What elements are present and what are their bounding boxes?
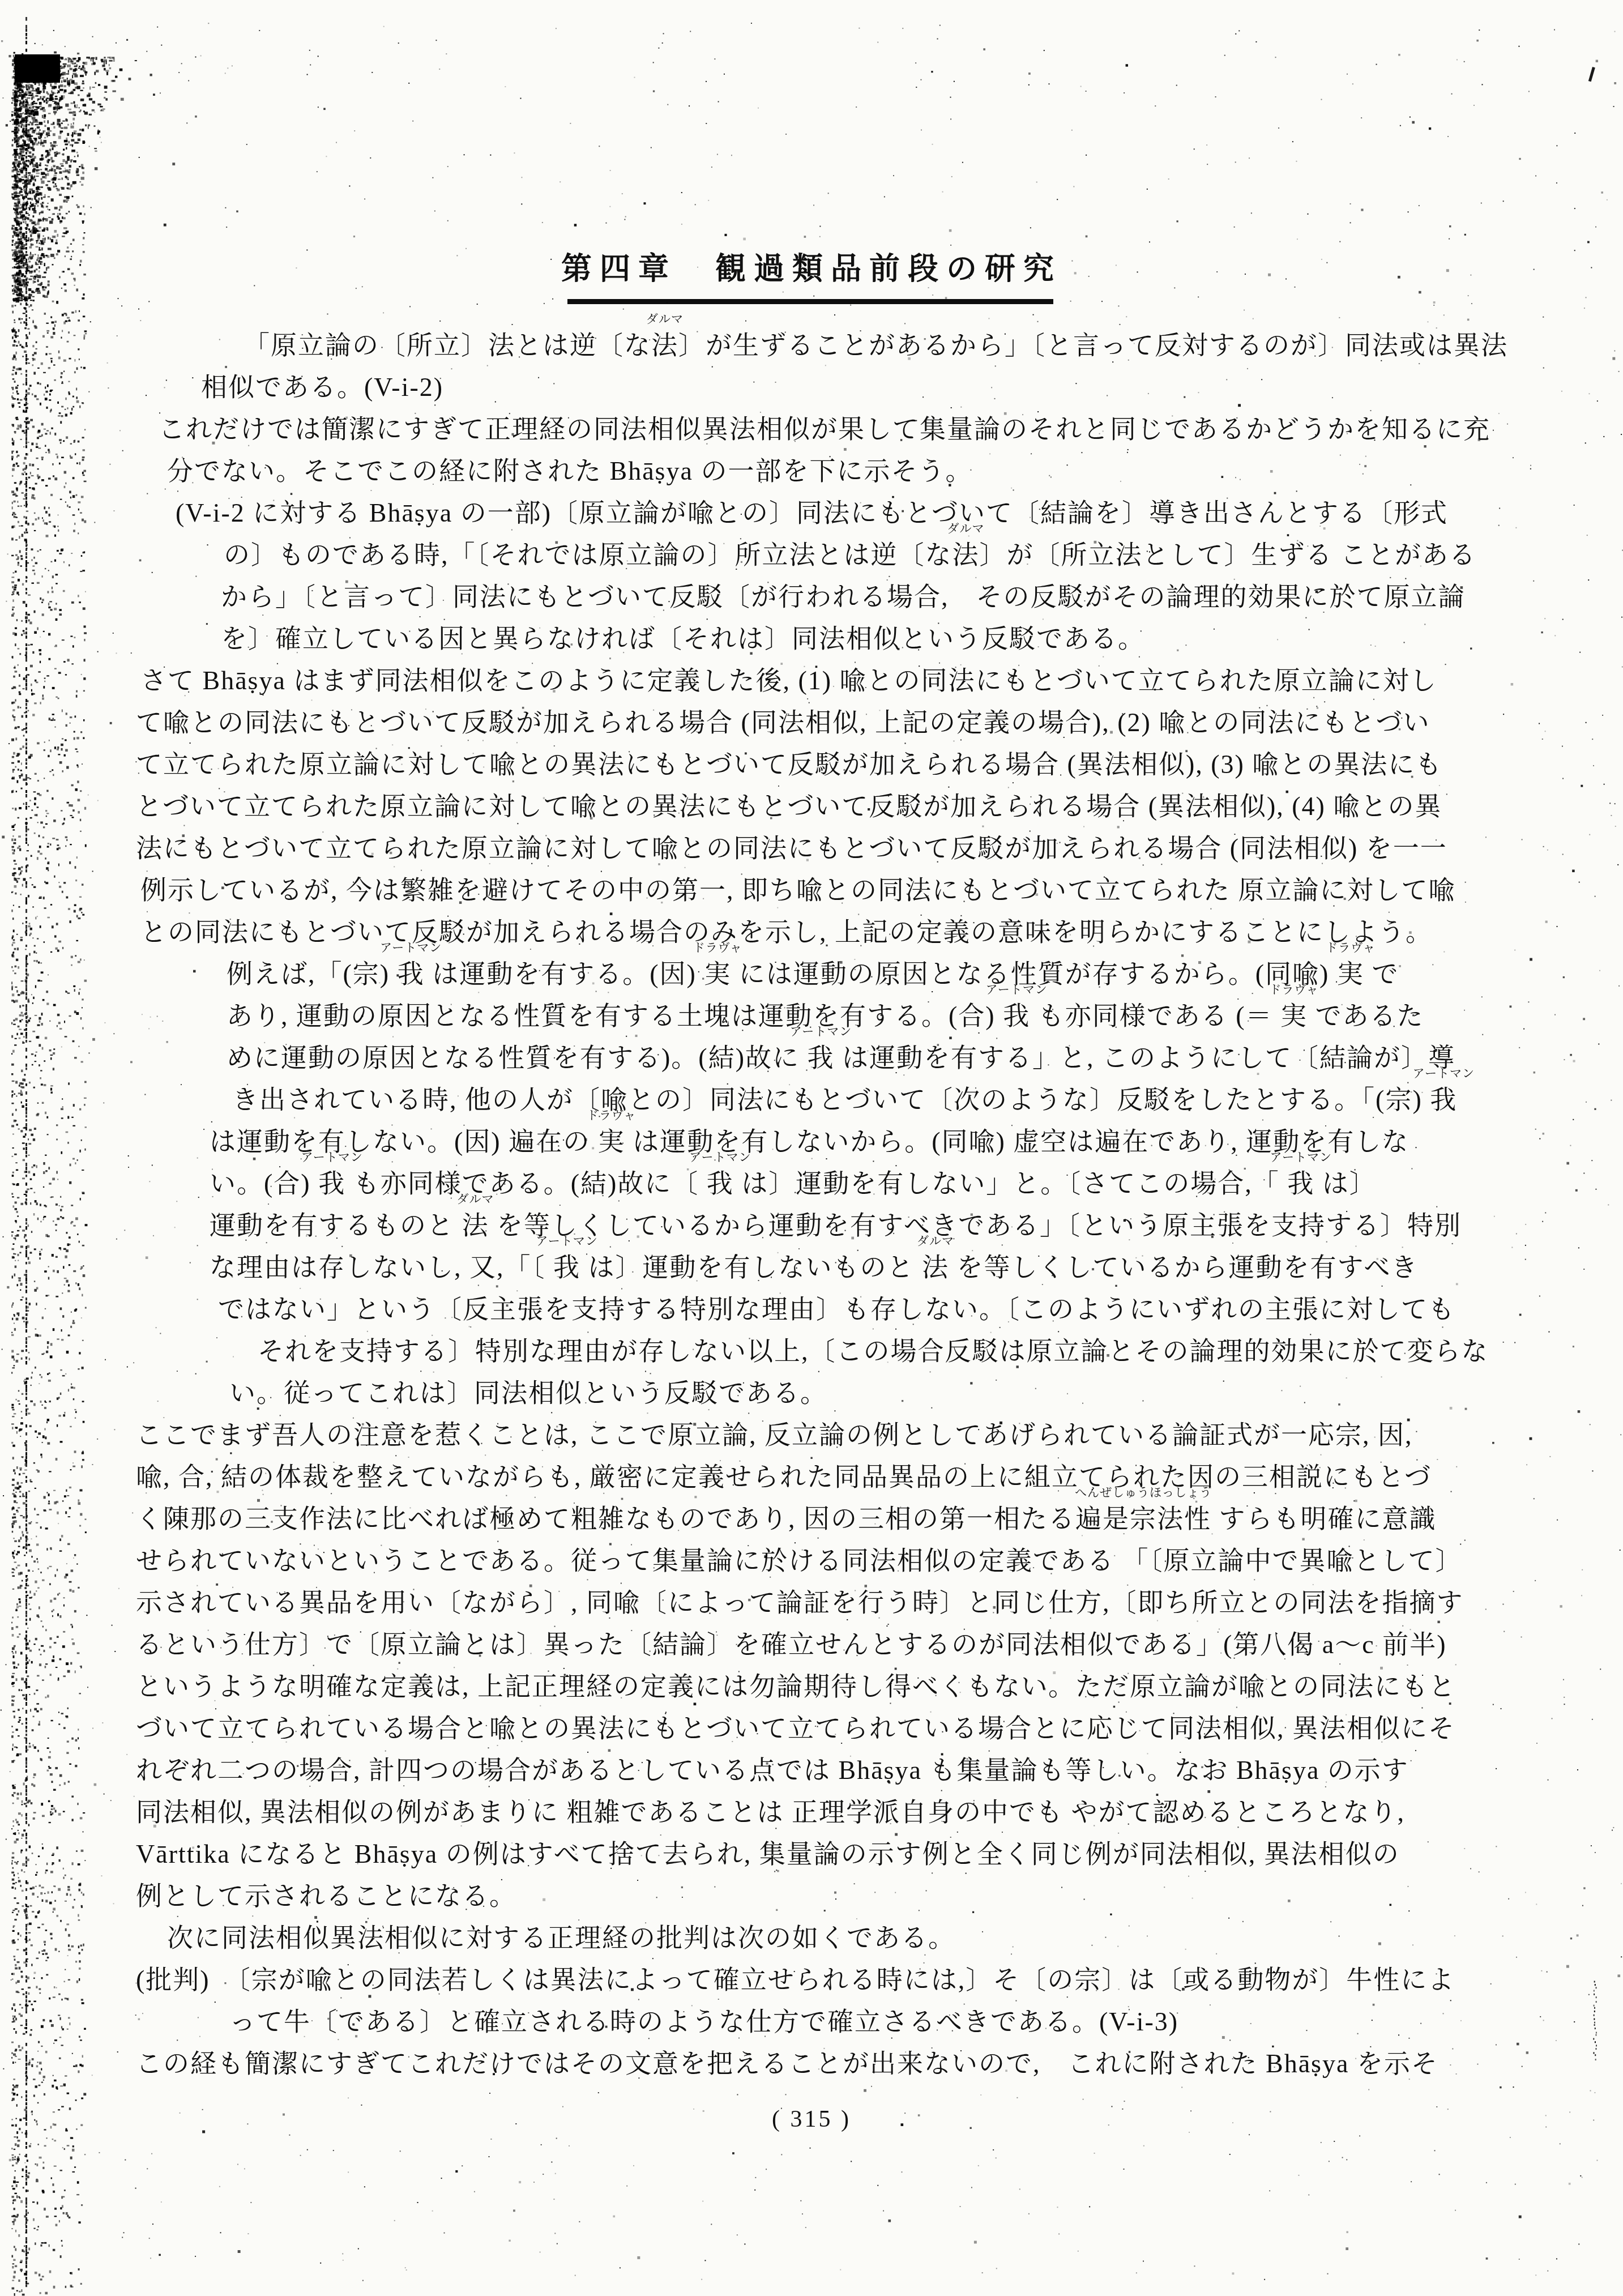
furigana-reading: ダルマ bbox=[917, 1235, 954, 1247]
text-line-5: (V-i-2 に対する Bhāṣya の一部)〔原立論が喩との〕同法にもとづいて… bbox=[136, 492, 1540, 534]
text-line-12: とづいて立てられた原立論に対して喩との異法にもとづいて反駁が加えられる場合 (異… bbox=[136, 786, 1540, 827]
text-line-29: く陳那の三支作法に比べれば極めて粗雑なものであり, 因の三相の第一相たる遍是宗法… bbox=[136, 1498, 1540, 1540]
text-line-3: これだけでは簡潔にすぎて正理経の同法相似異法相似が果して集量論のそれと同じである… bbox=[136, 408, 1540, 450]
text-line-32: るという仕方〕で〔原立論とは〕異った〔結論〕を確立せんとするのが同法相似である」… bbox=[136, 1624, 1540, 1666]
text-line-7: から」〔と言って〕同法にもとづいて反駁〔が行われる場合, その反駁がその論理的効… bbox=[136, 576, 1540, 618]
furigana-term: 法ダルマ bbox=[953, 534, 980, 576]
furigana-reading: アートマン bbox=[301, 1151, 362, 1163]
text-line-27: ここでまず吾人の注意を惹くことは, ここで原立論, 反立論の例としてあげられてい… bbox=[136, 1414, 1540, 1456]
text-line-28: 喩, 合, 結の体裁を整えていながらも, 厳密に定義せられた同品異品の上に組立て… bbox=[136, 1456, 1540, 1498]
title-underline bbox=[567, 299, 1053, 304]
furigana-reading: ダルマ bbox=[646, 313, 684, 325]
furigana-reading: ドラヴャ bbox=[1326, 942, 1375, 954]
text-line-24: ではない」という〔反主張を支持する特別な理由〕も存しない。〔このようにいずれの主… bbox=[136, 1288, 1540, 1330]
furigana-term: 我アートマン bbox=[1430, 1079, 1457, 1121]
furigana-term: 実ドラヴャ bbox=[1337, 953, 1364, 995]
text-line-9: さて Bhāṣya はまず同法相似をこのように定義した後, (1) 喩との同法に… bbox=[136, 660, 1540, 702]
text-line-42: この経も簡潔にすぎてこれだけではその文意を把えることが出来ないので, これに附さ… bbox=[136, 2043, 1540, 2085]
text-line-22: 運動を有するものと 法ダルマ を等しくしているから運動を有すべきである」〔という… bbox=[136, 1205, 1540, 1247]
text-line-35: れぞれ二つの場合, 計四つの場合があるとしている点では Bhāṣya も集量論も… bbox=[136, 1749, 1540, 1791]
text-line-25: それを支持する〕特別な理由が存しない以上,〔この場合反駁は原立論とその論理的効果… bbox=[136, 1330, 1540, 1372]
furigana-term: 我アートマン bbox=[1287, 1163, 1314, 1205]
furigana-term: 我アートマン bbox=[318, 1163, 345, 1205]
furigana-reading: ドラヴャ bbox=[693, 942, 742, 954]
furigana-term: 実ドラヴャ bbox=[704, 953, 731, 995]
furigana-term: 我アートマン bbox=[807, 1037, 834, 1079]
furigana-reading: アートマン bbox=[380, 942, 442, 954]
text-line-30: せられていないということである。従って集量論に於ける同法相似の定義である 「〔原… bbox=[136, 1540, 1540, 1582]
text-line-6: の〕ものである時,「〔それでは原立論の〕所立法とは逆〔な法ダルマ〕が〔所立法とし… bbox=[136, 534, 1540, 576]
scanned-page: 第四章 観過類品前段の研究 「原立論の〔所立〕法とは逆〔な法ダルマ〕が生ずること… bbox=[0, 0, 1623, 2296]
text-line-41: って牛〔である〕と確立される時のような仕方で確立さるべきである。(V-i-3) bbox=[136, 2001, 1540, 2043]
furigana-term: 実ドラヴャ bbox=[1280, 995, 1308, 1037]
furigana-reading: アートマン bbox=[1413, 1068, 1475, 1079]
furigana-reading: アートマン bbox=[689, 1151, 751, 1163]
text-line-8: を〕確立している因と異らなければ〔それは〕同法相似という反駁である。 bbox=[136, 618, 1540, 660]
furigana-reading: へんぜしゅうほっしょう bbox=[1075, 1487, 1212, 1499]
text-line-10: て喩との同法にもとづいて反駁が加えられる場合 (同法相似, 上記の定義の場合),… bbox=[136, 702, 1540, 744]
text-line-2: 相似である。(V-i-2) bbox=[136, 366, 1540, 408]
text-line-21: い。(合) 我アートマン も亦同様である。(結)故に〔 我アートマン は〕運動を… bbox=[136, 1163, 1540, 1205]
furigana-reading: アートマン bbox=[790, 1026, 852, 1038]
furigana-term: 我アートマン bbox=[707, 1163, 734, 1205]
furigana-reading: アートマン bbox=[536, 1235, 597, 1247]
furigana-term: 法ダルマ bbox=[651, 325, 678, 366]
text-line-23: な理由は存しないし, 又,「〔 我アートマン は〕運動を有しないものと 法ダルマ… bbox=[136, 1247, 1540, 1288]
furigana-reading: アートマン bbox=[1270, 1151, 1332, 1163]
text-block: 「原立論の〔所立〕法とは逆〔な法ダルマ〕が生ずることがあるから」〔と言って反対す… bbox=[136, 325, 1540, 2085]
furigana-reading: ドラヴャ bbox=[587, 1109, 636, 1121]
furigana-reading: ダルマ bbox=[457, 1193, 494, 1205]
furigana-term: 法ダルマ bbox=[462, 1205, 489, 1247]
text-line-40: (批判) 〔宗が喩との同法若しくは異法によって確立せられる時には,〕そ〔の宗〕は… bbox=[136, 1959, 1540, 2001]
furigana-reading: ダルマ bbox=[947, 523, 985, 535]
text-line-36: 同法相似, 異法相似の例があまりに 粗雑であることは 正理学派自身の中でも やが… bbox=[136, 1791, 1540, 1833]
page-number: ( 315 ) bbox=[0, 2106, 1623, 2133]
furigana-reading: アートマン bbox=[985, 984, 1047, 996]
text-line-39: 次に同法相似異法相似に対する正理経の批判は次の如くである。 bbox=[136, 1917, 1540, 1959]
text-line-38: 例として示されることになる。 bbox=[136, 1875, 1540, 1917]
furigana-term: 法ダルマ bbox=[922, 1247, 949, 1288]
text-line-11: て立てられた原立論に対して喩との異法にもとづいて反駁が加えられる場合 (異法相似… bbox=[136, 744, 1540, 786]
text-line-37: Vārttika になると Bhāṣya の例はすべて捨て去られ, 集量論の示す… bbox=[136, 1833, 1540, 1875]
text-line-16: 例えば,「(宗) 我アートマン は運動を有する。(因) 実ドラヴャ には運動の原… bbox=[136, 953, 1540, 995]
text-line-14: 例示しているが, 今は繁雑を避けてその中の第一, 即ち喩との同法にもとづいて立て… bbox=[136, 869, 1540, 911]
text-line-31: 示されている異品を用い〔ながら〕, 同喩〔によって論証を行う時〕と同じ仕方,〔即… bbox=[136, 1582, 1540, 1624]
text-line-13: 法にもとづいて立てられた原立論に対して喩との同法にもとづいて反駁が加えられる場合… bbox=[136, 827, 1540, 869]
furigana-term: 遍是宗法性へんぜしゅうほっしょう bbox=[1075, 1498, 1211, 1540]
chapter-title: 第四章 観過類品前段の研究 bbox=[0, 245, 1623, 288]
furigana-term: 我アートマン bbox=[553, 1247, 580, 1288]
furigana-term: 我アートマン bbox=[398, 953, 425, 995]
text-line-26: い。従ってこれは〕同法相似という反駁である。 bbox=[136, 1372, 1540, 1414]
text-line-34: づいて立てられている場合と喩との異法にもとづいて立てられている場合とに応じて同法… bbox=[136, 1708, 1540, 1749]
furigana-term: 実ドラヴャ bbox=[598, 1121, 625, 1163]
text-line-33: というような明確な定義は, 上記正理経の定義には勿論期待し得べくもない。ただ原立… bbox=[136, 1666, 1540, 1708]
furigana-reading: ドラヴャ bbox=[1269, 984, 1318, 996]
text-line-4: 分でない。そこでこの経に附された Bhāṣya の一部を下に示そう。 bbox=[136, 450, 1540, 492]
text-line-18: めに運動の原因となる性質を有する)。(結)故に 我アートマン は運動を有する」と… bbox=[136, 1037, 1540, 1079]
text-line-1: 「原立論の〔所立〕法とは逆〔な法ダルマ〕が生ずることがあるから」〔と言って反対す… bbox=[136, 325, 1540, 366]
furigana-term: 我アートマン bbox=[1003, 995, 1030, 1037]
text-line-19: き出されている時, 他の人が〔喩との〕同法にもとづいて〔次のような〕反駁をしたと… bbox=[136, 1079, 1540, 1121]
